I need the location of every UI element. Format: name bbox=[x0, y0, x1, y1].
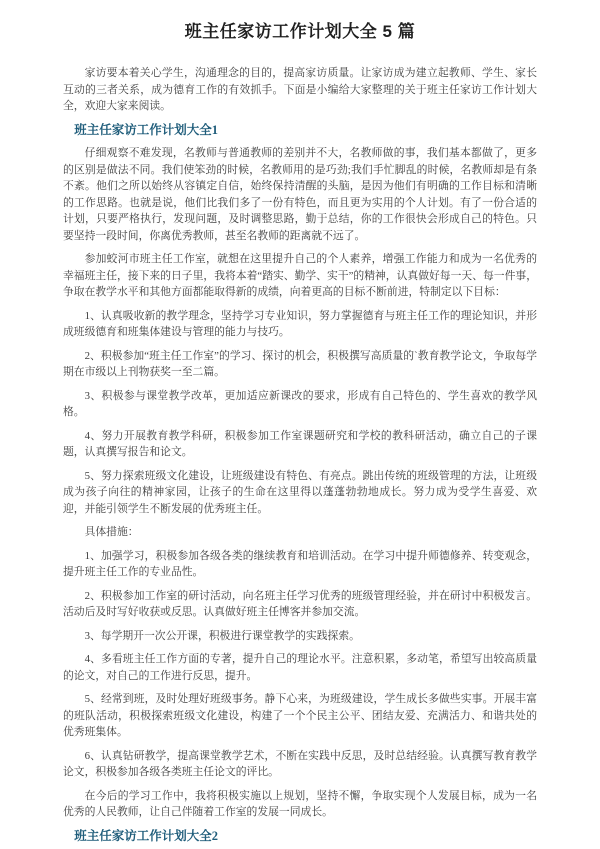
paragraph: 5、经常到班，及时处理好班级事务。静下心来，为班级建设，学生成长多做些实事。开展… bbox=[63, 691, 537, 741]
paragraph: 2、积极参加“班主任工作室”的学习、探讨的机会，积极撰写高质量的`教育教学论文，… bbox=[63, 348, 537, 381]
document-body: 家访要本着关心学生，沟通理念的目的，提高家访质量。让家访成为建立起教师、学生、家… bbox=[63, 65, 537, 844]
section-heading: 班主任家访工作计划大全2 bbox=[63, 828, 537, 845]
paragraph: 1、认真吸收新的教学理念，坚持学习专业知识，努力掌握德育与班主任工作的理论知识，… bbox=[63, 308, 537, 341]
paragraph: 家访要本着关心学生，沟通理念的目的，提高家访质量。让家访成为建立起教师、学生、家… bbox=[63, 65, 537, 115]
paragraph: 5、努力探索班级文化建设，让班级建设有特色、有亮点。跳出传统的班级管理的方法，让… bbox=[63, 468, 537, 518]
paragraph: 具体措施： bbox=[63, 524, 537, 541]
paragraph: 3、每学期开一次公开课，积极进行课堂教学的实践探索。 bbox=[63, 628, 537, 645]
section-heading: 班主任家访工作计划大全1 bbox=[63, 122, 537, 139]
paragraph: 仔细观察不难发现，名教师与普通教师的差别并不大，名教师做的事，我们基本都做了，更… bbox=[63, 145, 537, 244]
paragraph: 2、积极参加工作室的研讨活动，向名班主任学习优秀的班级管理经验，并在研讨中积极发… bbox=[63, 588, 537, 621]
document-page: 班主任家访工作计划大全 5 篇 家访要本着关心学生，沟通理念的目的，提高家访质量… bbox=[0, 0, 600, 849]
paragraph: 在今后的学习工作中，我将积极实施以上规划，坚持不懈，争取实现个人发展目标，成为一… bbox=[63, 788, 537, 821]
document-title: 班主任家访工作计划大全 5 篇 bbox=[63, 20, 537, 44]
paragraph: 3、积极参与课堂教学改革，更加适应新课改的要求，形成有自己特色的、学生喜欢的教学… bbox=[63, 388, 537, 421]
paragraph: 6、认真钻研教学，提高课堂教学艺术，不断在实践中反思，及时总结经验。认真撰写教育… bbox=[63, 748, 537, 781]
paragraph: 4、努力开展教育教学科研，积极参加工作室课题研究和学校的教科研活动，确立自己的子… bbox=[63, 428, 537, 461]
paragraph: 1、加强学习，积极参加各级各类的继续教育和培训活动。在学习中提升师德修养、转变观… bbox=[63, 548, 537, 581]
paragraph: 4、多看班主任工作方面的专著，提升自己的理论水平。注意积累，多动笔，希望写出较高… bbox=[63, 651, 537, 684]
paragraph: 参加蛟河市班主任工作室，就想在这里提升自己的个人素养，增强工作能力和成为一名优秀… bbox=[63, 251, 537, 301]
